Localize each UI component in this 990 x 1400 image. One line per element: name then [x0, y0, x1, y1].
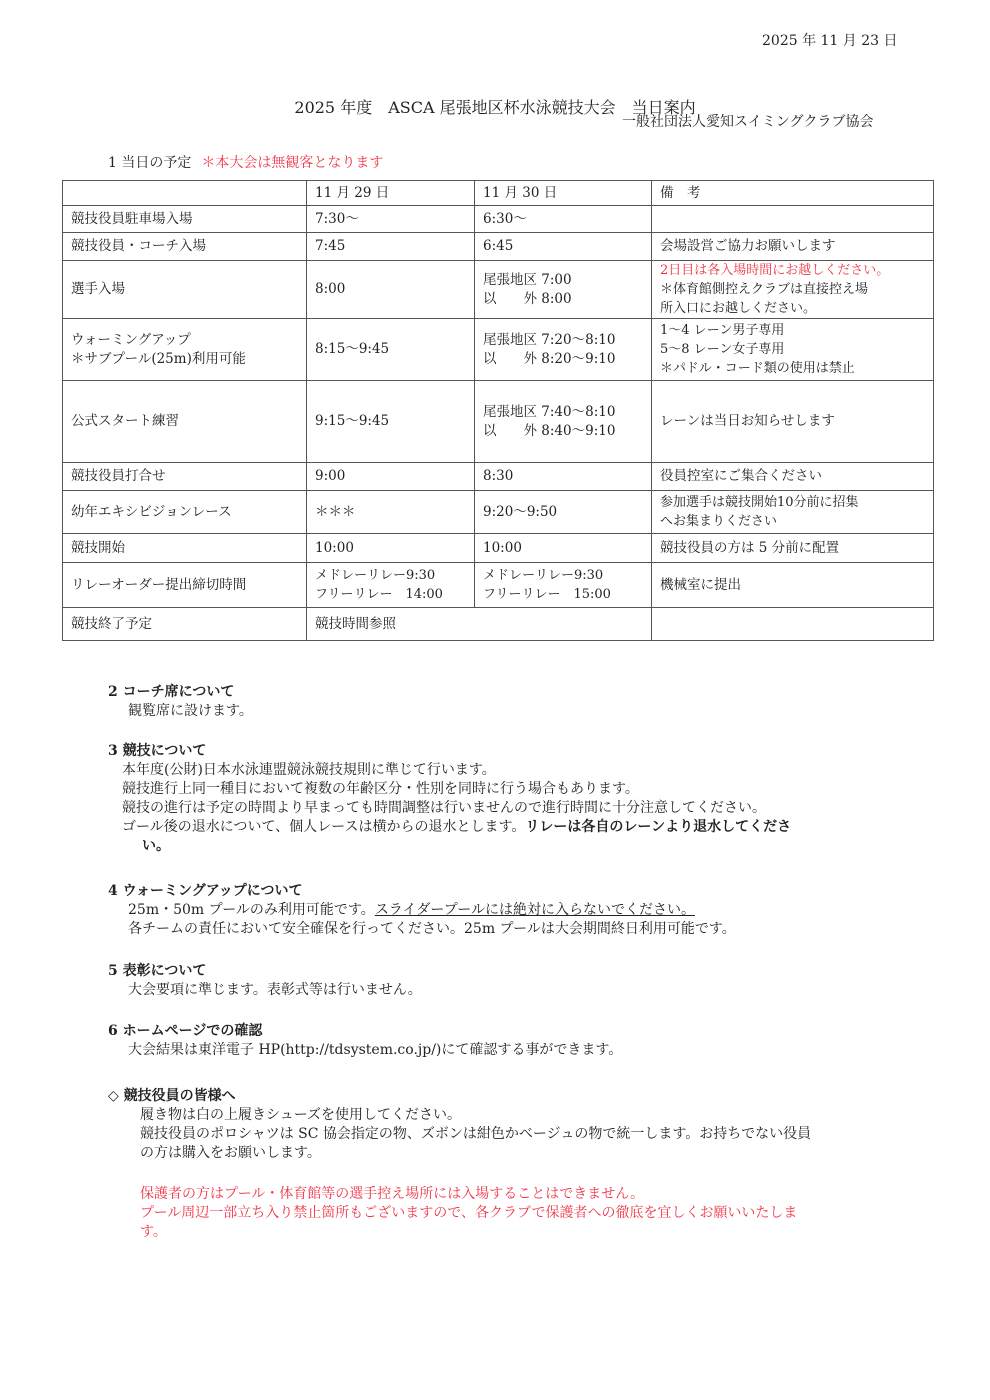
cell-remarks	[652, 206, 934, 233]
cell-line: 5～8 レーン女子専用	[660, 340, 925, 359]
cell-remarks: 2日目は各入場時間にお越しください。 ＊体育館側控えクラブは直接控え場 所入口に…	[652, 261, 934, 319]
table-row: 競技開始 10:00 10:00 競技役員の方は 5 分前に配置	[63, 534, 934, 563]
cell-remarks: 参加選手は競技開始10分前に招集 へお集まりください	[652, 491, 934, 534]
section-1-heading: 1 当日の予定＊本大会は無観客となります	[108, 152, 383, 172]
cell-remarks: 機械室に提出	[652, 563, 934, 608]
cell-day2: 6:30～	[475, 206, 652, 233]
guardian-notice-line: プール周辺一部立ち入り禁止箇所もございますので、各クラブで保護者への徹底を宜しく…	[108, 1204, 811, 1223]
cell-item: 競技開始	[63, 534, 307, 563]
header-cell-day2: 11 月 30 日	[475, 181, 652, 206]
cell-day2: 6:45	[475, 233, 652, 261]
section-4: 4 ウォーミングアップについて 25m・50m プールのみ利用可能です。スライダ…	[108, 882, 736, 939]
cell-day2: 尾張地区 7:40～8:10 以 外 8:40～9:10	[475, 381, 652, 463]
cell-line: 尾張地区 7:40～8:10	[483, 403, 643, 422]
section-2-heading: 2 コーチ席について	[108, 683, 253, 702]
section-1-title: 1 当日の予定	[108, 155, 191, 171]
cell-day1: 7:45	[307, 233, 475, 261]
section-2-text: 観覧席に設けます。	[108, 702, 253, 721]
officials-section: ◇ 競技役員の皆様へ 履き物は白の上履きシューズを使用してください。 競技役員の…	[108, 1087, 811, 1242]
cell-item: 競技終了予定	[63, 608, 307, 641]
section-3: 3 競技について 本年度(公財)日本水泳連盟競泳競技規則に準じて行います。 競技…	[108, 742, 791, 856]
cell-line: ＊体育館側控えクラブは直接控え場	[660, 280, 925, 299]
officials-line: の方は購入をお願いします。	[108, 1144, 811, 1163]
section-3-heading: 3 競技について	[108, 742, 791, 761]
cell-day1: 7:30～	[307, 206, 475, 233]
section-4-text: 25m・50m プールのみ利用可能です。	[128, 902, 375, 918]
section-6-heading: 6 ホームページでの確認	[108, 1022, 622, 1041]
cell-remarks: 競技役員の方は 5 分前に配置	[652, 534, 934, 563]
section-3-line: 競技進行上同一種目において複数の年齢区分・性別を同時に行う場合もあります。	[108, 780, 791, 799]
cell-remarks: 1～4 レーン男子専用 5～8 レーン女子専用 ＊パドル・コード類の使用は禁止	[652, 319, 934, 381]
table-header-row: 11 月 29 日 11 月 30 日 備 考	[63, 181, 934, 206]
section-6-text: 大会結果は東洋電子 HP(http://tdsystem.co.jp/)にて確認…	[108, 1041, 622, 1060]
document-date: 2025 年 11 月 23 日	[762, 30, 898, 50]
cell-day2: 尾張地区 7:00 以 外 8:00	[475, 261, 652, 319]
table-row: 選手入場 8:00 尾張地区 7:00 以 外 8:00 2日目は各入場時間にお…	[63, 261, 934, 319]
section-6: 6 ホームページでの確認 大会結果は東洋電子 HP(http://tdsyste…	[108, 1022, 622, 1060]
cell-item: リレーオーダー提出締切時間	[63, 563, 307, 608]
table-row: 公式スタート練習 9:15～9:45 尾張地区 7:40～8:10 以 外 8:…	[63, 381, 934, 463]
no-spectators-notice: ＊本大会は無観客となります	[201, 155, 383, 171]
section-3-line: 本年度(公財)日本水泳連盟競泳競技規則に準じて行います。	[108, 761, 791, 780]
table-row: 競技役員駐車場入場 7:30～ 6:30～	[63, 206, 934, 233]
table-row: 競技終了予定 競技時間参照	[63, 608, 934, 641]
officials-line: 履き物は白の上履きシューズを使用してください。	[108, 1106, 811, 1125]
cell-item: 競技役員打合せ	[63, 463, 307, 491]
cell-line: フリーリレー 14:00	[315, 585, 466, 604]
cell-item: 競技役員駐車場入場	[63, 206, 307, 233]
section-5-heading: 5 表彰について	[108, 962, 422, 981]
table-row: 競技役員・コーチ入場 7:45 6:45 会場設営ご協力お願いします	[63, 233, 934, 261]
cell-item: 公式スタート練習	[63, 381, 307, 463]
relay-exit-instruction: リレーは各自のレーンより退水してくださ	[525, 819, 791, 835]
cell-remarks: 会場設営ご協力お願いします	[652, 233, 934, 261]
cell-remarks	[652, 608, 934, 641]
cell-line: 以 外 8:00	[483, 290, 643, 309]
cell-line: ウォーミングアップ	[71, 331, 298, 350]
section-3-line: ゴール後の退水について、個人レースは横からの退水とします。リレーは各自のレーンよ…	[108, 818, 791, 837]
cell-day1: 8:15～9:45	[307, 319, 475, 381]
slider-pool-warning: スライダープールには絶対に入らないでください。	[375, 902, 695, 918]
section-4-line: 各チームの責任において安全確保を行ってください。25m プールは大会期間終日利用…	[108, 920, 736, 939]
cell-line: 所入口にお越しください。	[660, 299, 925, 318]
organization-name: 一般社団法人愛知スイミングクラブ協会	[622, 111, 873, 131]
section-4-heading: 4 ウォーミングアップについて	[108, 882, 736, 901]
cell-day2: 8:30	[475, 463, 652, 491]
cell-day1: 9:00	[307, 463, 475, 491]
guardian-notice-line: す。	[108, 1223, 811, 1242]
cell-line: 1～4 レーン男子専用	[660, 321, 925, 340]
header-cell-item	[63, 181, 307, 206]
cell-day2: 10:00	[475, 534, 652, 563]
section-5: 5 表彰について 大会要項に準じます。表彰式等は行いません。	[108, 962, 422, 1000]
cell-day2: メドレーリレー9:30 フリーリレー 15:00	[475, 563, 652, 608]
cell-line: 尾張地区 7:20～8:10	[483, 331, 643, 350]
section-3-line: い。	[108, 837, 791, 856]
cell-line: 参加選手は競技開始10分前に招集	[660, 493, 925, 512]
officials-heading: ◇ 競技役員の皆様へ	[108, 1087, 811, 1106]
cell-day1: 10:00	[307, 534, 475, 563]
cell-remarks: 役員控室にご集合ください	[652, 463, 934, 491]
guardian-notice-line: 保護者の方はプール・体育館等の選手控え場所には入場することはできません。	[108, 1185, 811, 1204]
table-row: ウォーミングアップ ＊サブプール(25m)利用可能 8:15～9:45 尾張地区…	[63, 319, 934, 381]
cell-day1: 9:15～9:45	[307, 381, 475, 463]
cell-line: 以 外 8:20～9:10	[483, 350, 643, 369]
cell-line: 尾張地区 7:00	[483, 271, 643, 290]
cell-day1: ＊＊＊	[307, 491, 475, 534]
cell-line: フリーリレー 15:00	[483, 585, 643, 604]
section-5-text: 大会要項に準じます。表彰式等は行いません。	[108, 981, 422, 1000]
cell-line: ＊パドル・コード類の使用は禁止	[660, 359, 925, 378]
table-row: リレーオーダー提出締切時間 メドレーリレー9:30 フリーリレー 14:00 メ…	[63, 563, 934, 608]
cell-item: 幼年エキシビジョンレース	[63, 491, 307, 534]
cell-line: へお集まりください	[660, 512, 925, 531]
header-cell-day1: 11 月 29 日	[307, 181, 475, 206]
cell-line: メドレーリレー9:30	[315, 566, 466, 585]
cell-line: メドレーリレー9:30	[483, 566, 643, 585]
cell-day2: 尾張地区 7:20～8:10 以 外 8:20～9:10	[475, 319, 652, 381]
table-row: 幼年エキシビジョンレース ＊＊＊ 9:20～9:50 参加選手は競技開始10分前…	[63, 491, 934, 534]
cell-item: ウォーミングアップ ＊サブプール(25m)利用可能	[63, 319, 307, 381]
header-cell-remarks: 備 考	[652, 181, 934, 206]
cell-line-red: 2日目は各入場時間にお越しください。	[660, 261, 925, 280]
officials-line: 競技役員のポロシャツは SC 協会指定の物、ズボンは紺色かベージュの物で統一しま…	[108, 1125, 811, 1144]
cell-day1-day2: 競技時間参照	[307, 608, 652, 641]
cell-line: ＊サブプール(25m)利用可能	[71, 350, 298, 369]
cell-day1: 8:00	[307, 261, 475, 319]
cell-day1: メドレーリレー9:30 フリーリレー 14:00	[307, 563, 475, 608]
section-4-line: 25m・50m プールのみ利用可能です。スライダープールには絶対に入らないでくだ…	[108, 901, 736, 920]
section-2: 2 コーチ席について 観覧席に設けます。	[108, 683, 253, 721]
cell-day2: 9:20～9:50	[475, 491, 652, 534]
cell-item: 競技役員・コーチ入場	[63, 233, 307, 261]
section-3-text: ゴール後の退水について、個人レースは横からの退水とします。	[122, 819, 525, 835]
cell-line: 以 外 8:40～9:10	[483, 422, 643, 441]
schedule-table: 11 月 29 日 11 月 30 日 備 考 競技役員駐車場入場 7:30～ …	[62, 180, 934, 641]
cell-remarks: レーンは当日お知らせします	[652, 381, 934, 463]
table-row: 競技役員打合せ 9:00 8:30 役員控室にご集合ください	[63, 463, 934, 491]
cell-item: 選手入場	[63, 261, 307, 319]
section-3-line: 競技の進行は予定の時間より早まっても時間調整は行いませんので進行時間に十分注意し…	[108, 799, 791, 818]
